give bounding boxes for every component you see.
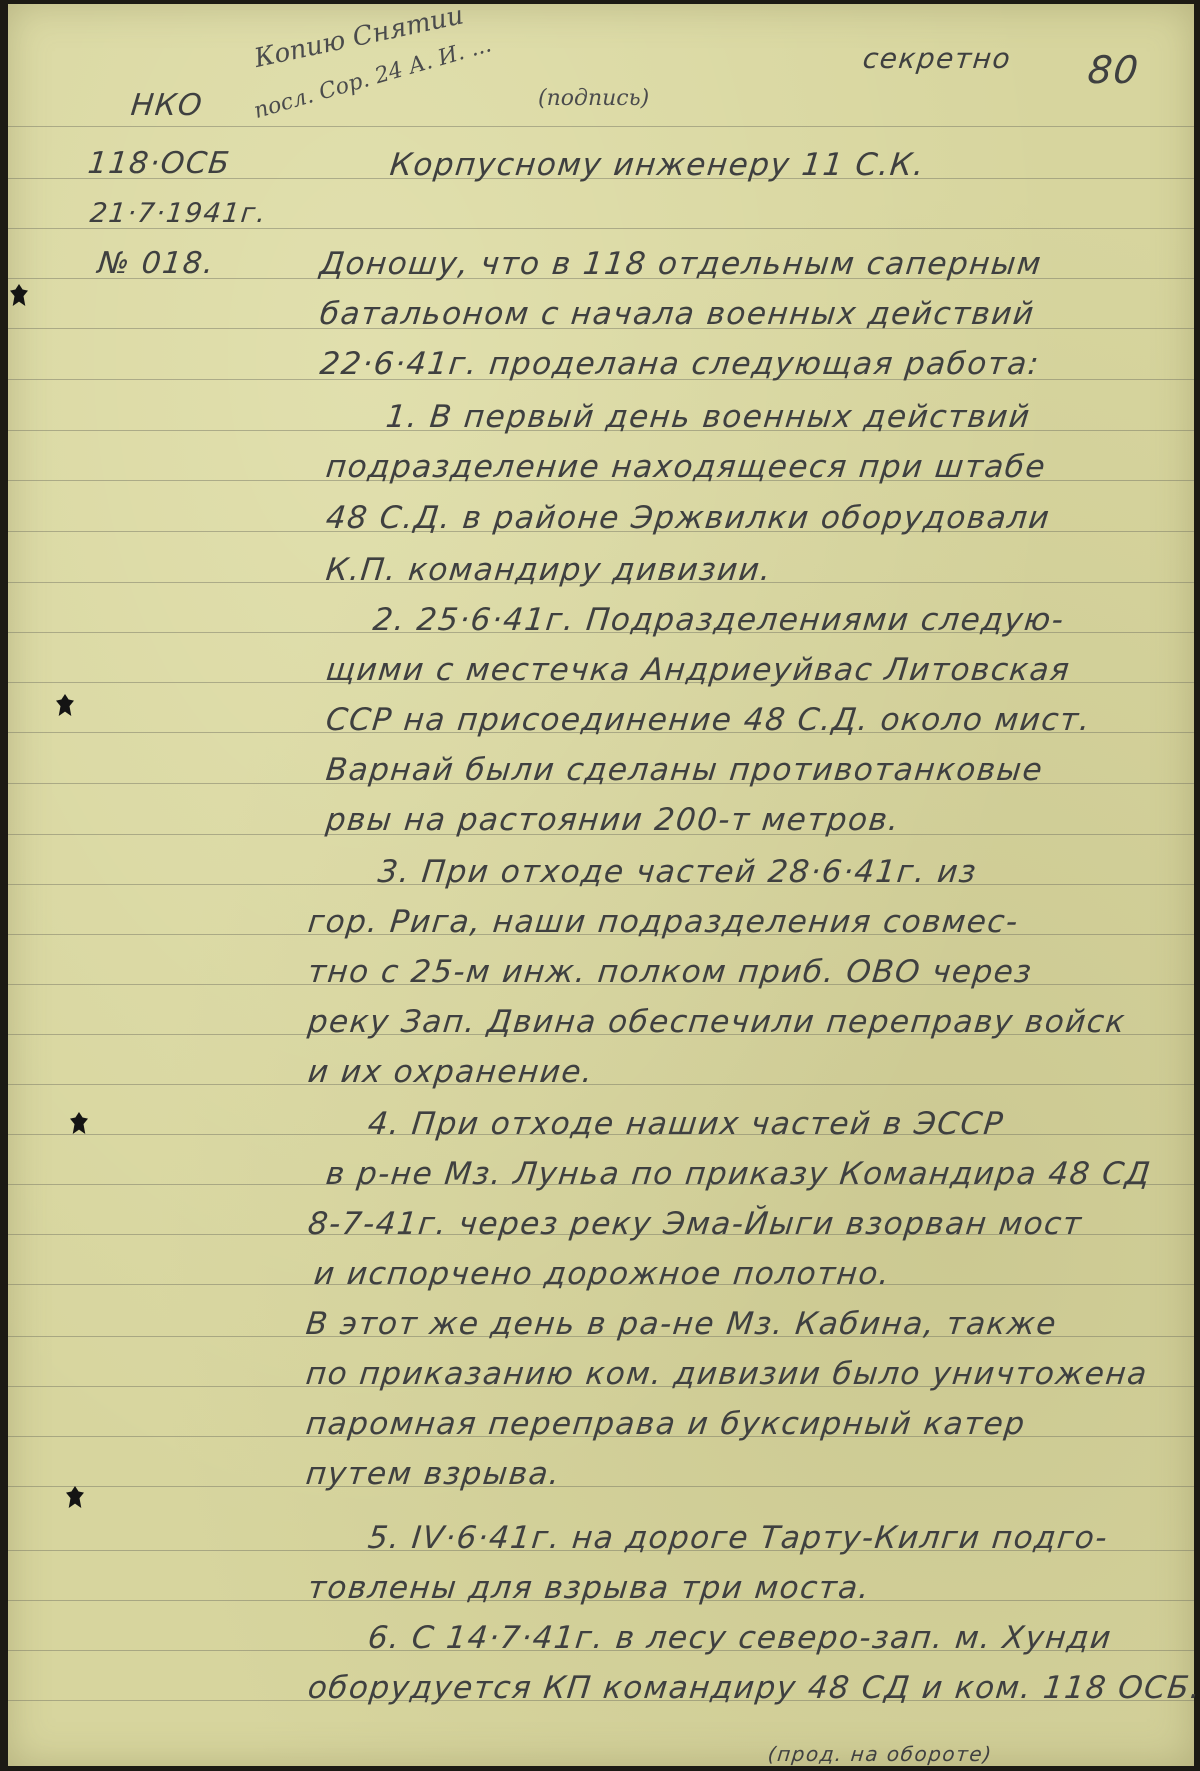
body-line: 6. С 14·7·41г. в лесу северо-зап. м. Хун…	[366, 1620, 1114, 1656]
body-line: рвы на растоянии 200-т метров.	[324, 802, 902, 838]
body-line: Варнай были сделаны противотанковые	[324, 752, 1045, 788]
body-line: Доношу, что в 118 отдельным саперным	[318, 246, 1044, 282]
punch-hole	[70, 1112, 88, 1134]
margin-org: НКО	[129, 88, 205, 123]
body-line: и испорчено дорожное полотно.	[312, 1256, 892, 1292]
body-line: батальоном с начала военных действий	[318, 296, 1036, 332]
ruled-line	[8, 1486, 1194, 1487]
body-line: 22·6·41г. проделана следующая работа:	[318, 346, 1042, 382]
body-line: тно с 25-м инж. полком приб. ОВО через	[306, 954, 1034, 990]
body-line: щими с местечка Андриеуйвас Литовская	[324, 652, 1072, 688]
body-line: 8-7-41г. через реку Эма-Йыги взорван мос…	[306, 1206, 1084, 1242]
body-line: по приказанию ком. дивизии было уничтоже…	[304, 1356, 1150, 1392]
body-line: 1. В первый день военных действий	[384, 399, 1032, 435]
body-line: К.П. командиру дивизии.	[324, 552, 774, 588]
signature: (подпись)	[538, 86, 649, 111]
punch-hole	[10, 284, 28, 306]
body-line: ССР на присоединение 48 С.Д. около мист.	[324, 702, 1093, 738]
body-line: 2. 25·6·41г. Подразделениями следую-	[371, 602, 1066, 638]
body-line: товлены для взрыва три моста.	[306, 1570, 872, 1606]
body-line: и их охранение.	[306, 1054, 595, 1090]
body-line: паромная переправа и буксирный катер	[304, 1406, 1027, 1442]
margin-date: 21·7·1941г.	[88, 198, 268, 229]
body-line: 3. При отходе частей 28·6·41г. из	[376, 854, 979, 890]
ruled-line	[8, 1084, 1194, 1085]
body-line: путем взрыва.	[304, 1456, 562, 1492]
body-line: 5. IV·6·41г. на дороге Тарту-Килги подго…	[366, 1520, 1110, 1556]
body-line: 4. При отходе наших частей в ЭССР	[366, 1106, 1006, 1142]
classification-stamp: секретно	[861, 42, 1013, 75]
body-line: подразделение находящееся при штабе	[324, 449, 1048, 485]
body-line: 48 С.Д. в районе Эржвилки оборудовали	[324, 500, 1052, 536]
margin-unit: 118·ОСБ	[86, 146, 232, 181]
body-line: В этот же день в ра-не Мз. Кабина, также	[304, 1306, 1059, 1342]
body-line: гор. Рига, наши подразделения совмес-	[306, 904, 1021, 940]
body-line: реку Зап. Двина обеспечили переправу вой…	[306, 1004, 1128, 1040]
continued-on-reverse-note: (прод. на обороте)	[767, 1742, 994, 1766]
document-page: Копию Снятии посл. Сор. 24 А. И. ... (по…	[8, 4, 1194, 1766]
page-number: 80	[1086, 48, 1142, 92]
punch-hole	[66, 1486, 84, 1508]
margin-number: № 018.	[96, 246, 216, 281]
addressee: Корпусному инженеру 11 С.К.	[388, 147, 927, 183]
body-line: в р-не Мз. Луньа по приказу Командира 48…	[324, 1156, 1153, 1192]
ruled-line	[8, 126, 1194, 127]
body-line: оборудуется КП командиру 48 СД и ком. 11…	[306, 1670, 1200, 1706]
punch-hole	[56, 694, 74, 716]
